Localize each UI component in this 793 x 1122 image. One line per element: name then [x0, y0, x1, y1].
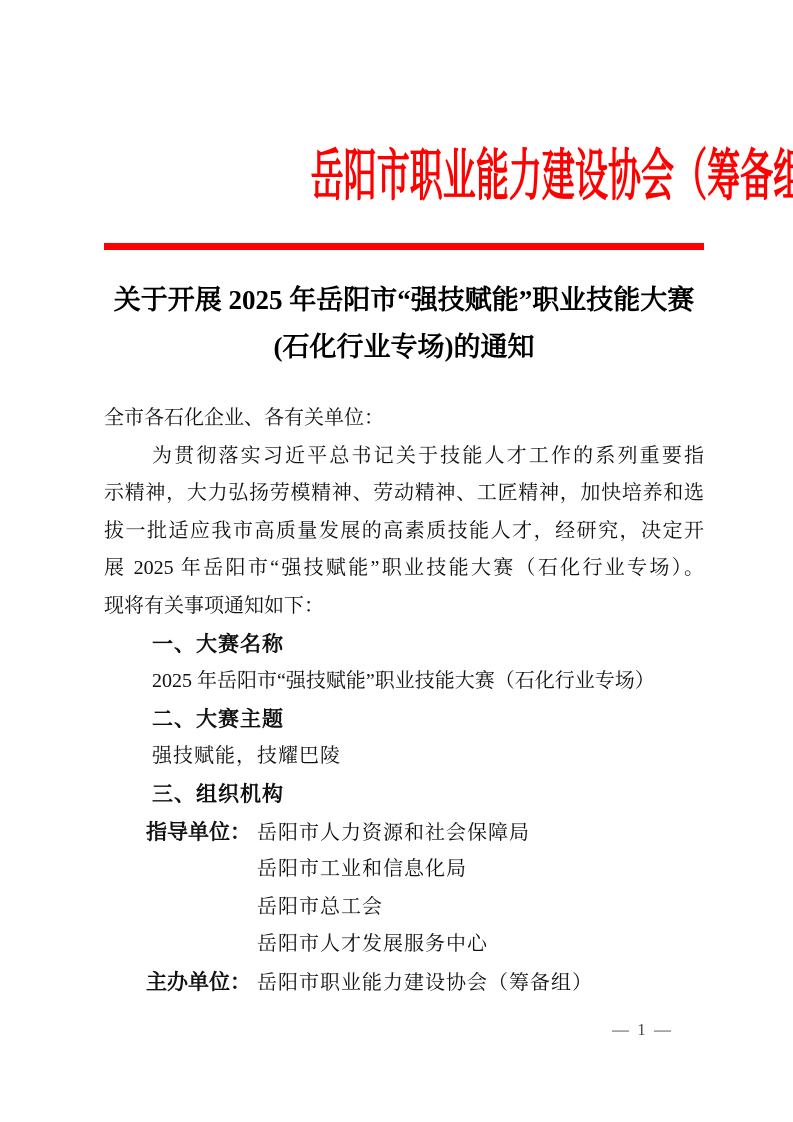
document-title: 关于开展 2025 年岳阳市“强技赋能”职业技能大赛 (石化行业专场)的通知	[104, 277, 704, 371]
section-heading-1: 一、大赛名称	[152, 626, 704, 664]
paragraph-line-3: 拔一批适应我市高质量发展的高素质技能人才，经研究，决定开	[104, 513, 704, 551]
host-unit-row: 主办单位：岳阳市职业能力建设协会（筹备组）	[146, 964, 704, 1002]
paragraph-line-2: 示精神，大力弘扬劳模精神、劳动精神、工匠精神，加快培养和选	[104, 475, 704, 513]
paragraph-line-1: 为贯彻落实习近平总书记关于技能人才工作的系列重要指	[104, 438, 704, 476]
red-header-banner: 岳阳市职业能力建设协会（筹备组）文件	[104, 0, 704, 216]
guide-unit-label: 指导单位：	[146, 814, 257, 852]
document-title-line-1: 关于开展 2025 年岳阳市“强技赋能”职业技能大赛	[104, 277, 704, 324]
guide-unit-row: 指导单位：岳阳市人力资源和社会保障局	[146, 814, 704, 852]
guide-unit-name-1: 岳阳市人力资源和社会保障局	[257, 822, 530, 844]
guide-unit-name-2: 岳阳市工业和信息化局	[257, 851, 704, 889]
section-content-1: 2025 年岳阳市“强技赋能”职业技能大赛（石化行业专场）	[152, 663, 704, 701]
salutation: 全市各石化企业、各有关单位：	[104, 400, 704, 438]
section-heading-2: 二、大赛主题	[152, 701, 704, 739]
section-heading-3: 三、组织机构	[152, 776, 704, 814]
guide-unit-name-4: 岳阳市人才发展服务中心	[257, 926, 704, 964]
document-body: 全市各石化企业、各有关单位： 为贯彻落实习近平总书记关于技能人才工作的系列重要指…	[104, 400, 704, 1002]
paragraph-line-5: 现将有关事项通知如下：	[104, 588, 704, 626]
page-number: — 1 —	[612, 1020, 673, 1040]
document-title-line-2: (石化行业专场)的通知	[104, 324, 704, 371]
host-unit-name: 岳阳市职业能力建设协会（筹备组）	[257, 972, 593, 994]
red-header-banner-text: 岳阳市职业能力建设协会（筹备组）文件	[311, 138, 793, 216]
paragraph-line-4: 展 2025 年岳阳市“强技赋能”职业技能大赛（石化行业专场）。	[104, 550, 704, 588]
guide-unit-name-3: 岳阳市总工会	[257, 889, 704, 927]
page-content: 岳阳市职业能力建设协会（筹备组）文件 关于开展 2025 年岳阳市“强技赋能”职…	[104, 0, 704, 1002]
host-unit-label: 主办单位：	[146, 964, 257, 1002]
section-content-2: 强技赋能，技耀巴陵	[152, 738, 704, 776]
document-page: { "header": { "banner_text": "岳阳市职业能力建设协…	[0, 0, 793, 1122]
red-divider-line	[104, 243, 704, 250]
